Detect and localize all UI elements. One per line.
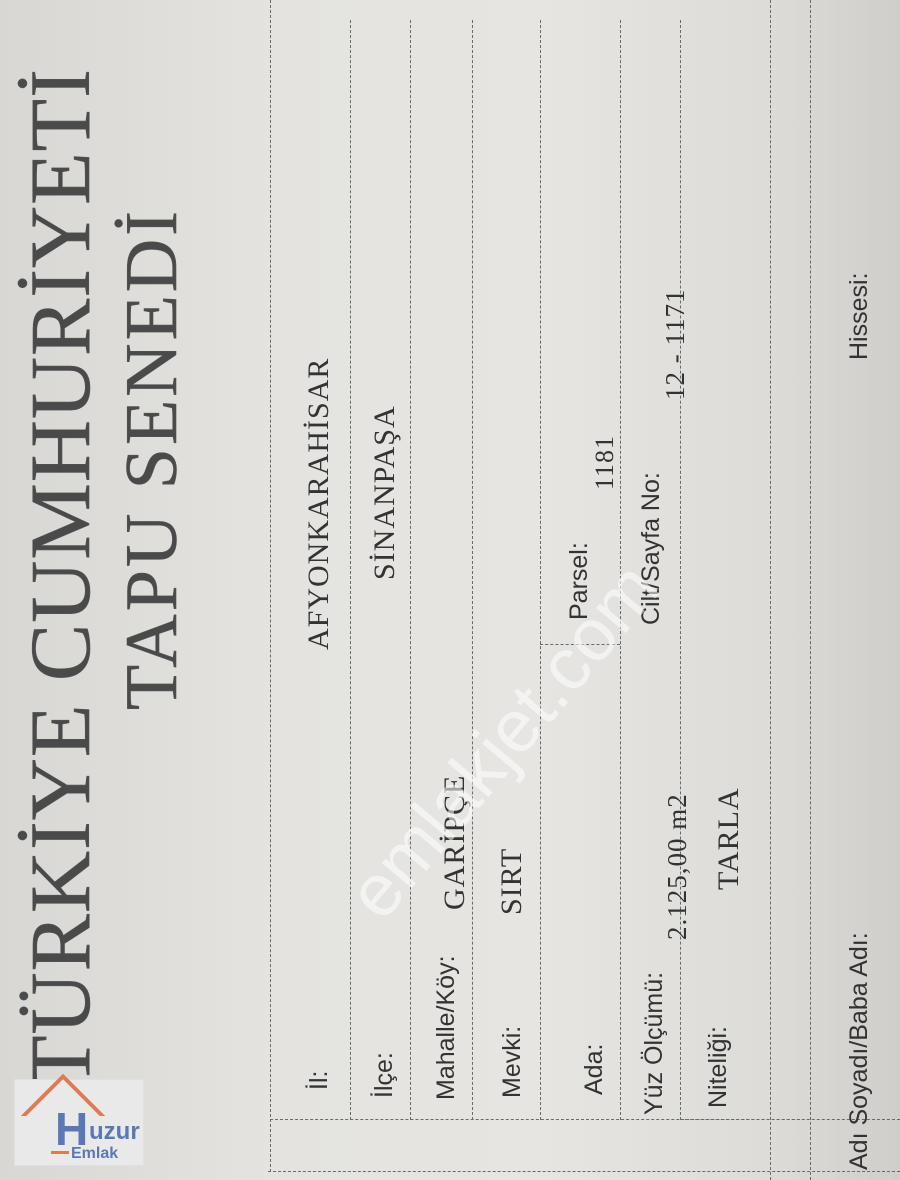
value-cilt-sayfa: 12 - 1171 <box>660 289 691 401</box>
logo-brand-rest: uzur <box>89 1120 140 1144</box>
value-mevki: SIRT <box>495 848 529 915</box>
row-line-yuz <box>680 20 681 1120</box>
label-mahalle-koy: Mahalle/Köy: <box>432 955 461 1100</box>
label-ad-soyadi: Adı Soyadı/Baba Adı: <box>845 932 874 1170</box>
table-divider-2 <box>680 1119 800 1120</box>
value-yuz-olcumu: 2.125,00 m2 <box>662 793 693 940</box>
value-niteligi: TARLA <box>712 787 746 890</box>
label-ilce: İlçe: <box>370 1052 399 1098</box>
label-ada: Ada: <box>580 1044 609 1095</box>
table-divider <box>270 1119 900 1120</box>
row-line-nitelik <box>770 0 771 1180</box>
huzur-emlak-logo: H uzur Emlak <box>15 1080 143 1165</box>
title-deed-document: TÜRKİYE CUMHURİYETİ TAPU SENEDİ İl: AFYO… <box>0 0 900 1180</box>
document-title: TÜRKİYE CUMHURİYETİ <box>10 8 110 1088</box>
document-subtitle: TAPU SENEDİ <box>110 208 195 710</box>
value-ilce: SİNANPAŞA <box>368 405 402 580</box>
table-line <box>270 0 271 1172</box>
row-line-mevki <box>540 20 541 1120</box>
row-line-ilce <box>410 20 411 1120</box>
logo-subtitle: Emlak <box>71 1146 118 1162</box>
value-il: AFYONKARAHİSAR <box>302 358 336 650</box>
label-il: İl: <box>305 1071 334 1090</box>
row-line-il <box>350 20 351 1120</box>
row-line-mahalle <box>472 20 473 1120</box>
label-niteligi: Niteliği: <box>704 1026 733 1108</box>
label-yuz-olcumu: Yüz Ölçümü: <box>640 972 669 1115</box>
row-line-owner <box>810 0 811 1180</box>
label-hissesi: Hissesi: <box>845 272 874 360</box>
table-border-left <box>268 1171 900 1172</box>
value-parsel: 1181 <box>590 435 620 490</box>
label-mevki: Mevki: <box>498 1026 527 1098</box>
